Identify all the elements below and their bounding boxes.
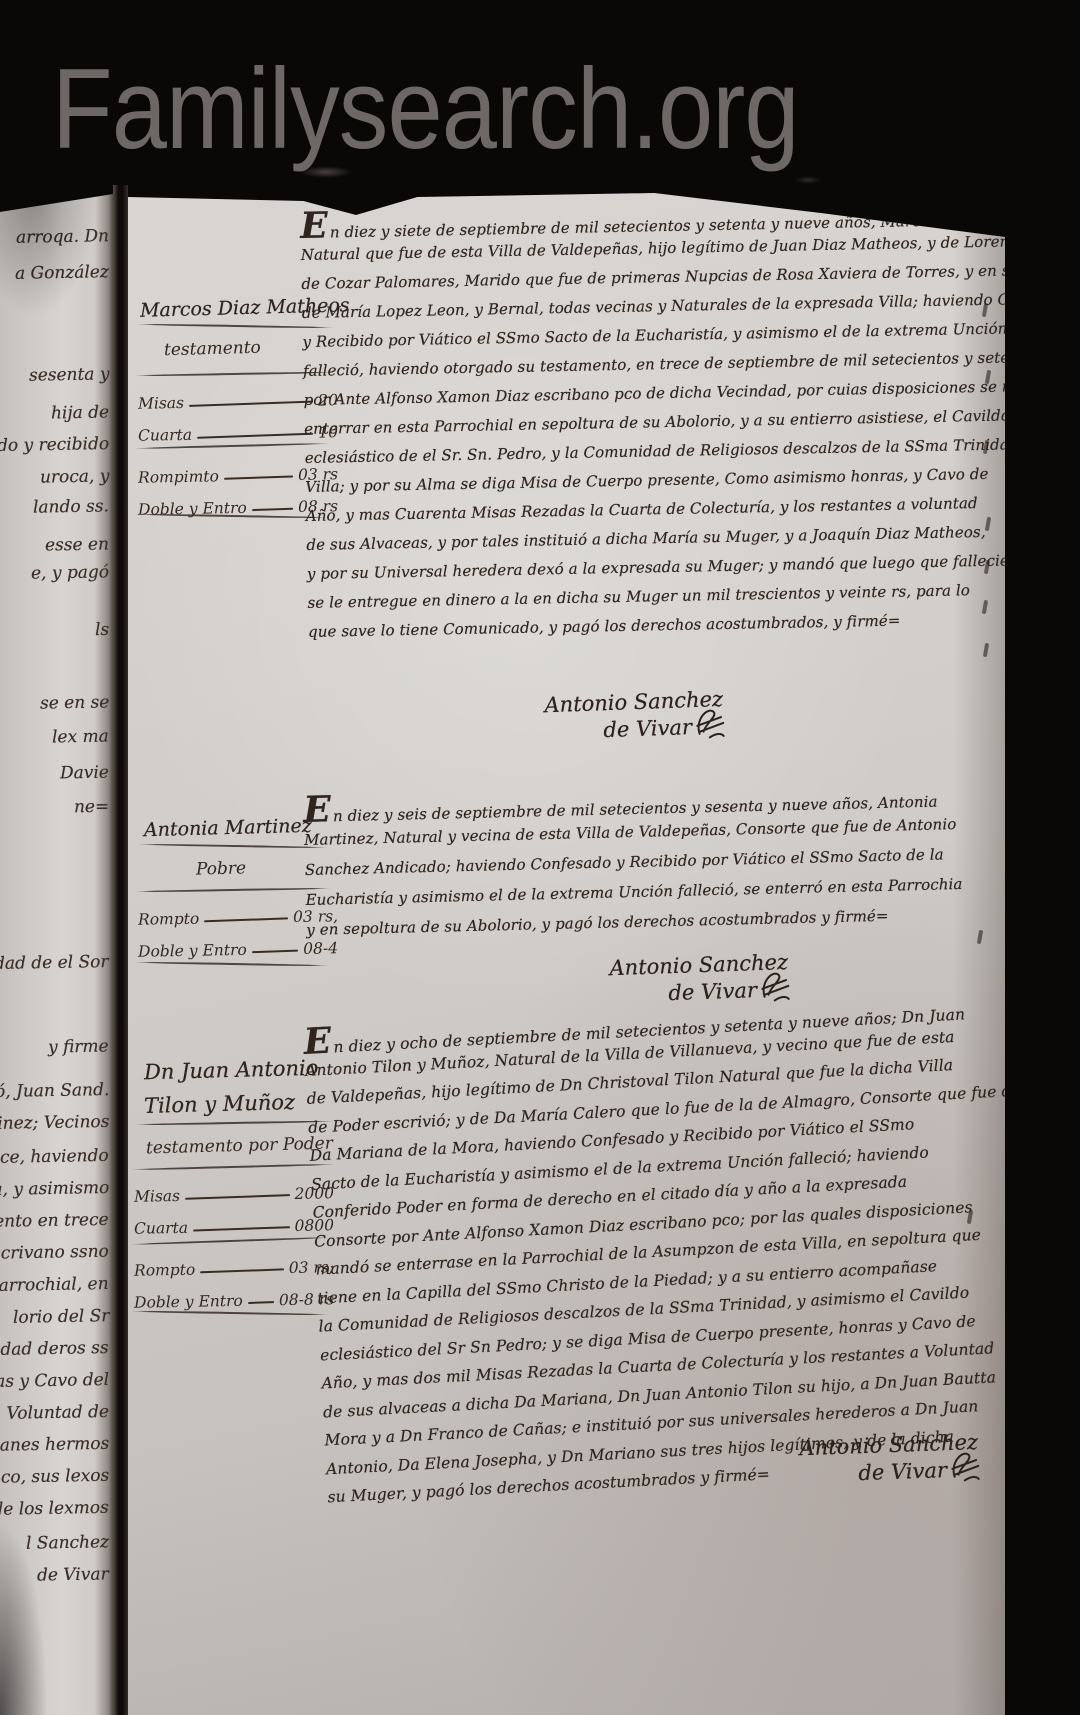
left-page-text-fragment: y Juanes hermos (0, 1434, 109, 1456)
entry-2-body: En diez y seis de septiembre de mil sete… (303, 778, 996, 945)
fee-dash (252, 950, 299, 954)
left-page-text-fragment: hija de (51, 402, 109, 423)
left-page-text-fragment: arroqa. Dn (16, 226, 109, 248)
left-page-text-fragment: ls (95, 620, 110, 640)
edge-mark (977, 930, 983, 944)
fee-label: Rompto (134, 1261, 195, 1280)
left-page-text-fragment: ras y Cavo del (0, 1370, 109, 1392)
left-page-text-fragment: se en se (39, 692, 109, 713)
fee-dash (224, 475, 293, 479)
fee-label: Doble y Entro (134, 1292, 243, 1312)
fee-label: Misas (134, 1187, 180, 1206)
margin-name: Tilon y Muñoz (144, 1090, 296, 1118)
left-page-text-fragment: mento en trece (0, 1210, 109, 1232)
left-page-text-fragment: l Sanchez (26, 1532, 109, 1553)
margin-separator (130, 1163, 335, 1170)
left-page-text-fragment: esse en (45, 534, 109, 555)
left-page-text-fragment: Juanco, sus lexos (0, 1466, 109, 1489)
smudge-mark (300, 166, 352, 178)
entry-2-signature: Antonio Sanchez de Vivar (609, 950, 793, 1010)
fee-dash (193, 1226, 290, 1231)
fee-dash (248, 1301, 274, 1304)
signature-name: de Vivar (668, 978, 757, 1005)
left-page-text-fragment: ence, haviendo (0, 1146, 109, 1168)
fee-label: Doble y Entro (138, 941, 247, 961)
entry-3-signature: Antonio Sanchez de Vivar (799, 1430, 983, 1490)
left-page-text-fragment: de Vivar (37, 1564, 109, 1585)
page-number: 90 (900, 199, 920, 218)
left-page-text-fragment: uroca, y (39, 466, 109, 487)
left-page-text-fragment: do y recibido (0, 434, 109, 456)
fee-row: Misas 2000 (134, 1178, 334, 1205)
left-page-edge: arroqa. Dn a González sesenta y hija de … (0, 190, 113, 1715)
fee-label: Rompto (138, 910, 199, 929)
main-page: 90 Marcos Diaz Matheos testamento Misas … (128, 185, 1005, 1715)
smudge-mark (795, 176, 821, 184)
signature-rubric-icon (693, 703, 728, 742)
fee-label: Rompimto (138, 467, 219, 486)
left-page-text-fragment: idad deros ss (0, 1338, 109, 1360)
margin-underline (138, 843, 328, 848)
margin-separator (134, 887, 332, 892)
margin-underline (134, 1120, 334, 1125)
signature-rubric-icon (758, 966, 793, 1005)
left-page-text-fragment: a González (15, 262, 109, 284)
left-page-text-fragment: a Voluntad de (0, 1402, 109, 1424)
fee-dash (204, 917, 288, 922)
fee-list: Misas 2000 Cuarta 0800 Rompto 03 rs; (134, 1180, 334, 1318)
left-page-text-fragment: lex ma (52, 727, 109, 748)
left-page-text-fragment: ó, Juan Sand. (0, 1080, 109, 1102)
left-page-text-fragment: sesenta y (28, 364, 109, 385)
margin-type: testamento (164, 338, 261, 361)
left-page-text-fragment: ad de los lexmos (0, 1498, 109, 1520)
left-page-text-fragment: Davie (60, 763, 109, 784)
left-page-text-fragment: e, y pagó (31, 562, 109, 583)
signature-name: de Vivar (603, 715, 692, 742)
fee-label: Cuarta (138, 426, 192, 445)
left-page-text-fragment: ne= (74, 797, 110, 818)
margin-name: Antonia Martinez (144, 815, 312, 841)
left-page-text-fragment: ía, y asimismo (0, 1178, 109, 1200)
left-page-text-fragment: lando ss. (33, 496, 109, 517)
left-page-text-fragment: Parrochial, en (0, 1274, 109, 1296)
fee-dash (197, 433, 313, 439)
left-page-text-fragment: dad de el Sor (0, 952, 109, 974)
left-page-text-fragment: y firme (48, 1036, 109, 1057)
margin-type: Pobre (196, 858, 247, 879)
margin-name: Dn Juan Antonio (144, 1056, 319, 1085)
fee-label: Misas (138, 394, 184, 413)
fee-dash (189, 401, 313, 407)
left-page-text-fragment: arinez; Vecinos (0, 1112, 109, 1134)
signature-rubric-icon (948, 1446, 983, 1485)
entry-1-body: En diez y siete de septiembre de mil set… (300, 199, 998, 647)
watermark-text: Familysearch.org (52, 44, 799, 175)
left-page-text-fragment: no, escrivano ssno (0, 1242, 109, 1265)
fee-row: Doble y Entro 08-8 rs (134, 1284, 334, 1311)
entry-1-signature: Antonio Sanchez de Vivar (544, 687, 728, 747)
screenshot-root: Familysearch.org arroqa. Dn a González s… (0, 0, 1080, 1715)
left-page-text-fragment: lorio del Sr (12, 1306, 109, 1328)
fee-row: Cuarta 0800 (134, 1210, 334, 1237)
signature-name: de Vivar (858, 1458, 947, 1485)
binding-gutter (113, 185, 128, 1715)
edge-mark (983, 643, 989, 657)
fee-dash (252, 508, 293, 511)
fee-row: Rompto 03 rs; (134, 1252, 334, 1279)
margin-type: testamento por Poder (146, 1134, 333, 1159)
fee-dash (200, 1268, 284, 1273)
fee-label: Cuarta (134, 1219, 188, 1238)
fee-dash (185, 1194, 290, 1200)
